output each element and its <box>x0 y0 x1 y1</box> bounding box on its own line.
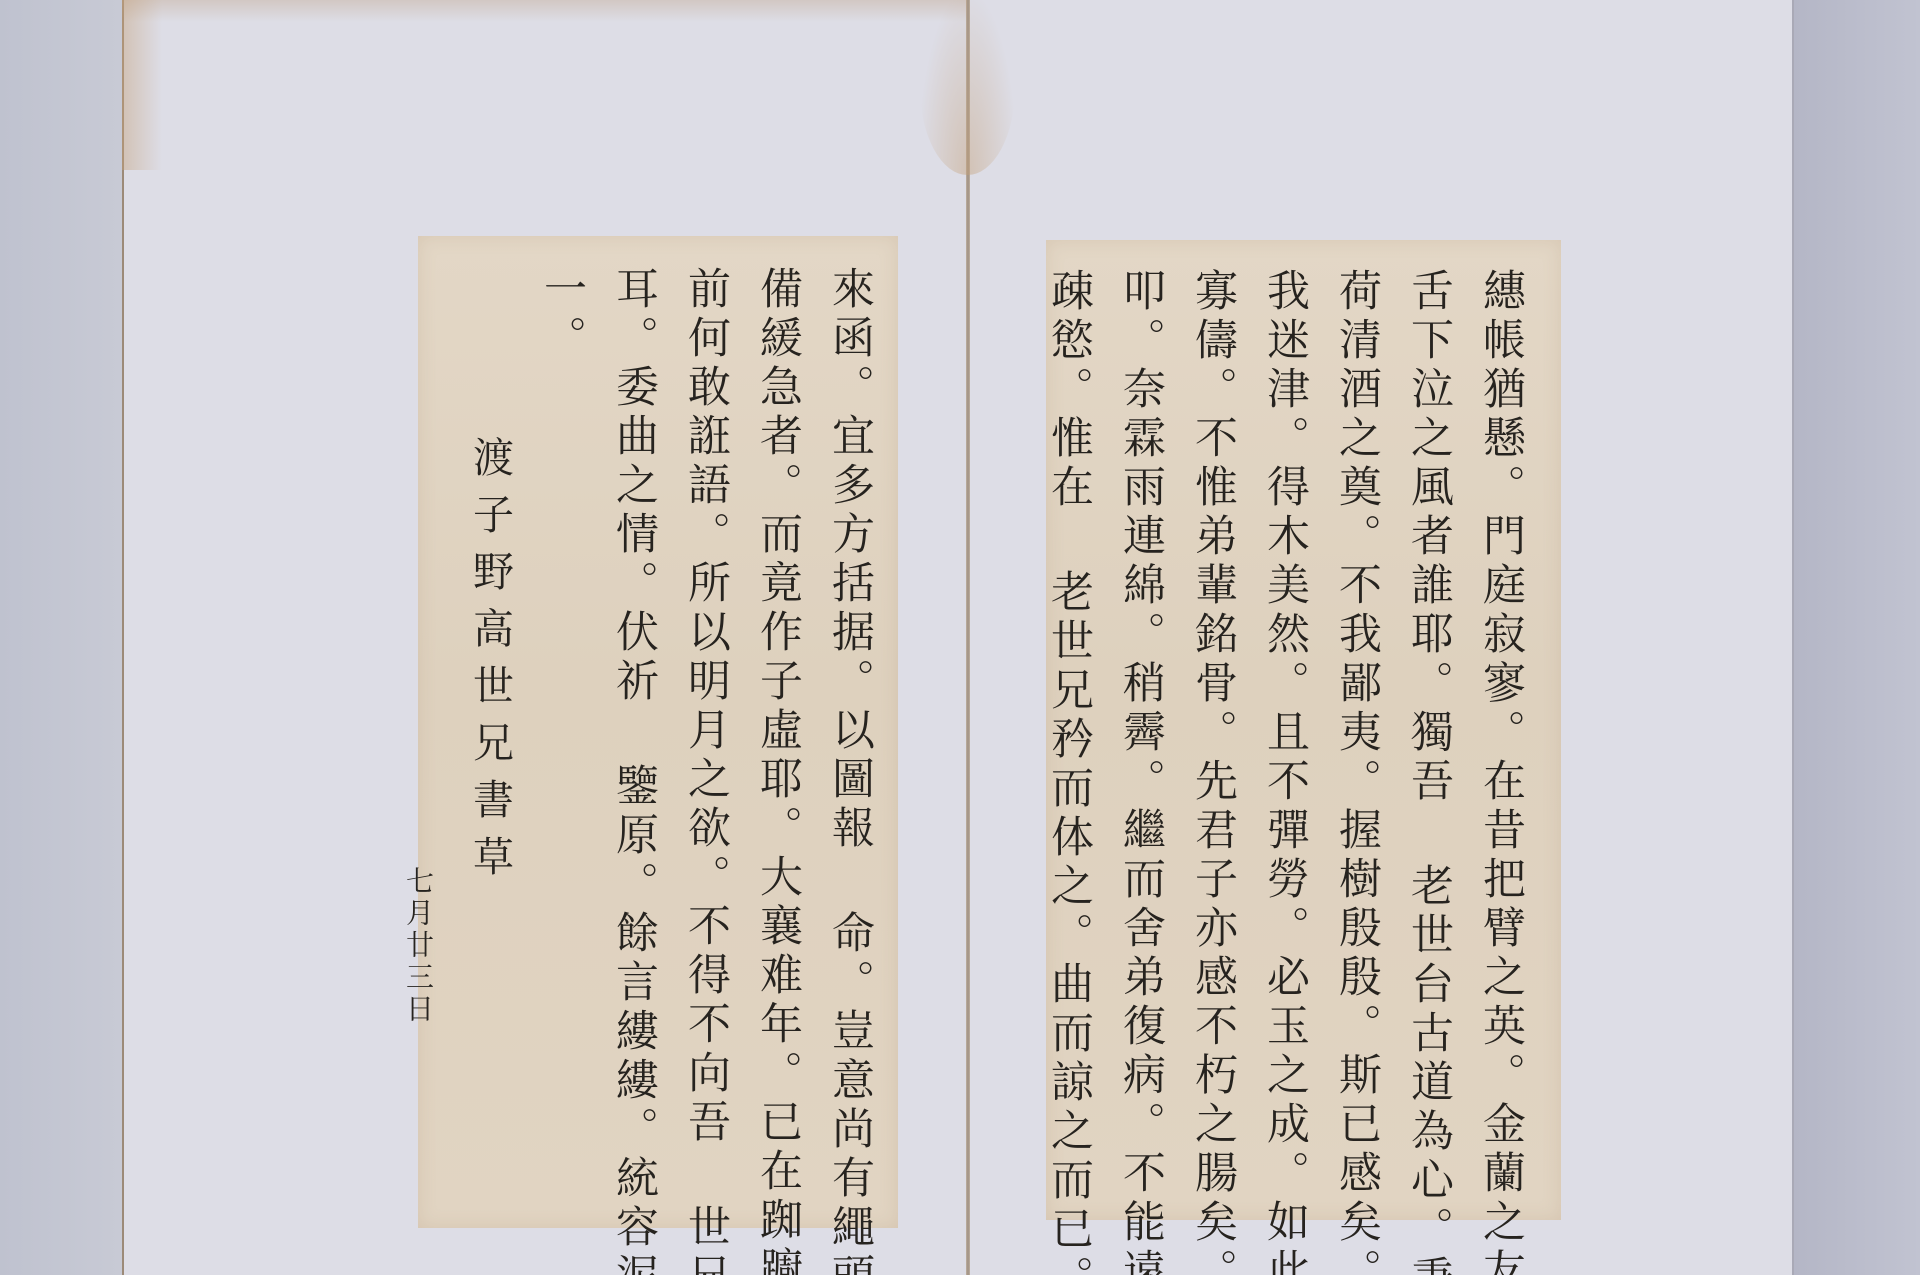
center-fold <box>966 0 970 1275</box>
left-column-1: 來函。宜多方括据。以圖報 命。豈意尚有繩頭。付之于人。以 <box>814 266 886 1208</box>
left-column-3: 前何敢誑語。所以明月之欲。不得不向吾 世兄長嘯 <box>670 266 742 1208</box>
signature: 渡子野高世兄書草 <box>454 266 526 1208</box>
right-column-7: 疎慾。惟在 老世兄矜而体之。曲而諒之而已。適讀 <box>1033 268 1105 1200</box>
right-column-4: 我迷津。得木美然。且不彈勞。必玉之成。如此 雲誼。近今 <box>1249 268 1321 1200</box>
right-leaf-text: 繐帳猶懸。門庭寂寥。在昔把臂之英。金蘭之友。而慕羊 舌下泣之風者誰耶。獨吾 老世… <box>1070 268 1537 1200</box>
backdrop-right <box>1792 0 1920 1275</box>
right-column-3: 荷清酒之奠。不我鄙夷。握樹殷殷。斯已感矣。況漫拍 <box>1321 268 1393 1200</box>
date: 七月廿三日 <box>382 266 454 1208</box>
right-column-1: 繐帳猶懸。門庭寂寥。在昔把臂之英。金蘭之友。而慕羊 <box>1465 268 1537 1200</box>
letter-leaf-left: 來函。宜多方括据。以圖報 命。豈意尚有繩頭。付之于人。以 備緩急者。而竟作子虛耶… <box>418 236 898 1228</box>
right-column-2: 舌下泣之風者誰耶。獨吾 老世台古道為心。秉過庭之命。 <box>1393 268 1465 1200</box>
left-leaf-text: 來函。宜多方括据。以圖報 命。豈意尚有繩頭。付之于人。以 備緩急者。而竟作子虛耶… <box>430 266 886 1208</box>
right-column-6: 叩。奈霖雨連綿。稍霽。繼而舍弟復病。不能遠出。種種 <box>1105 268 1177 1200</box>
left-column-5: 一。 <box>526 266 598 1208</box>
left-column-4: 耳。委曲之情。伏祈 鑒原。餘言縷縷。統容泥首並佈不 <box>598 266 670 1208</box>
letter-leaf-right: 繐帳猶懸。門庭寂寥。在昔把臂之英。金蘭之友。而慕羊 舌下泣之風者誰耶。獨吾 老世… <box>1046 240 1561 1220</box>
left-column-2: 備緩急者。而竟作子虛耶。大襄难年。已在踟躕。真人之 <box>742 266 814 1208</box>
backdrop-left <box>0 0 122 1275</box>
right-column-5: 寡儔。不惟弟輩銘骨。先君子亦感不朽之腸矣。亟擬踵 <box>1177 268 1249 1200</box>
